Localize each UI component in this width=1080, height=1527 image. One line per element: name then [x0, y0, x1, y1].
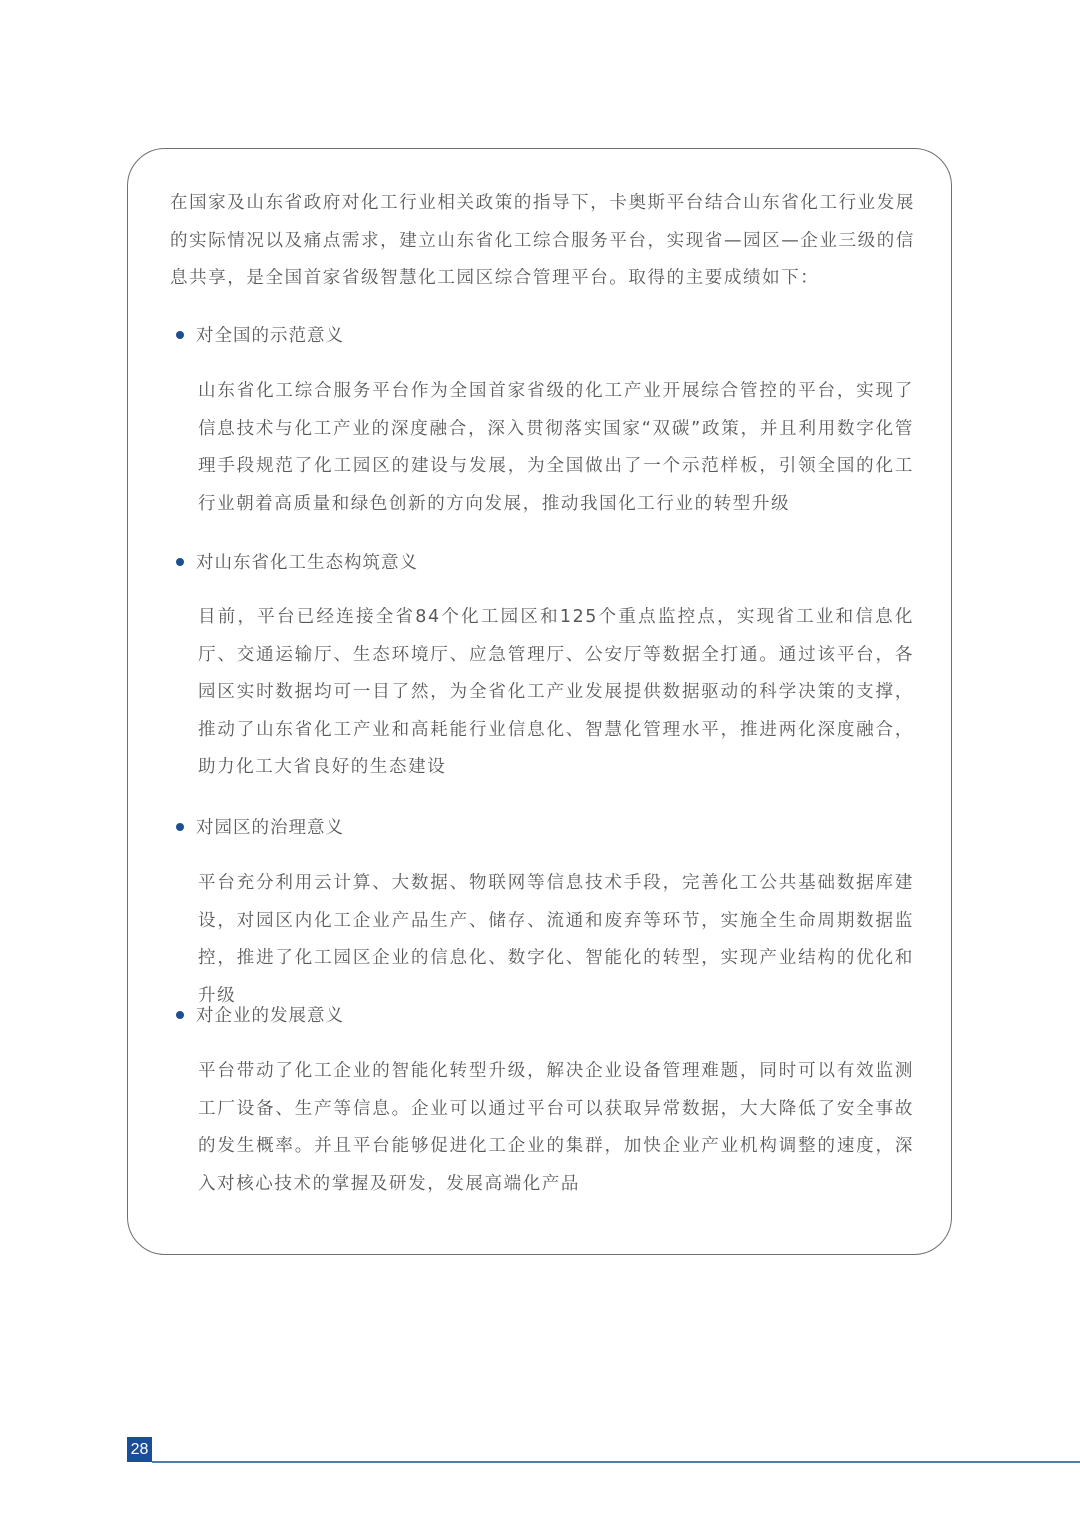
section-body-shandong: 目前，平台已经连接全省84个化工园区和125个重点监控点，实现省工业和信息化厅、… — [198, 599, 914, 787]
section-heading-shandong: 对山东省化工生态构筑意义 — [176, 546, 418, 576]
intro-paragraph: 在国家及山东省政府对化工行业相关政策的指导下，卡奥斯平台结合山东省化工行业发展的… — [170, 185, 915, 298]
section-body-national: 山东省化工综合服务平台作为全国首家省级的化工产业开展综合管控的平台，实现了信息技… — [198, 373, 914, 523]
bullet-icon — [176, 823, 184, 831]
bullet-icon — [176, 558, 184, 566]
section-body-park: 平台充分利用云计算、大数据、物联网等信息技术手段，完善化工公共基础数据库建设，对… — [198, 865, 914, 1015]
footer-rule — [152, 1461, 1080, 1463]
bullet-icon — [176, 331, 184, 339]
section-heading-text: 对企业的发展意义 — [196, 1002, 344, 1027]
page-number: 28 — [127, 1437, 152, 1462]
section-heading-text: 对园区的治理意义 — [196, 814, 344, 839]
section-heading-text: 对全国的示范意义 — [196, 322, 344, 347]
section-heading-national: 对全国的示范意义 — [176, 319, 344, 349]
section-heading-text: 对山东省化工生态构筑意义 — [196, 549, 418, 574]
section-heading-enterprise: 对企业的发展意义 — [176, 999, 344, 1029]
section-body-enterprise: 平台带动了化工企业的智能化转型升级，解决企业设备管理难题，同时可以有效监测工厂设… — [198, 1053, 914, 1203]
bullet-icon — [176, 1011, 184, 1019]
section-heading-park: 对园区的治理意义 — [176, 811, 344, 841]
